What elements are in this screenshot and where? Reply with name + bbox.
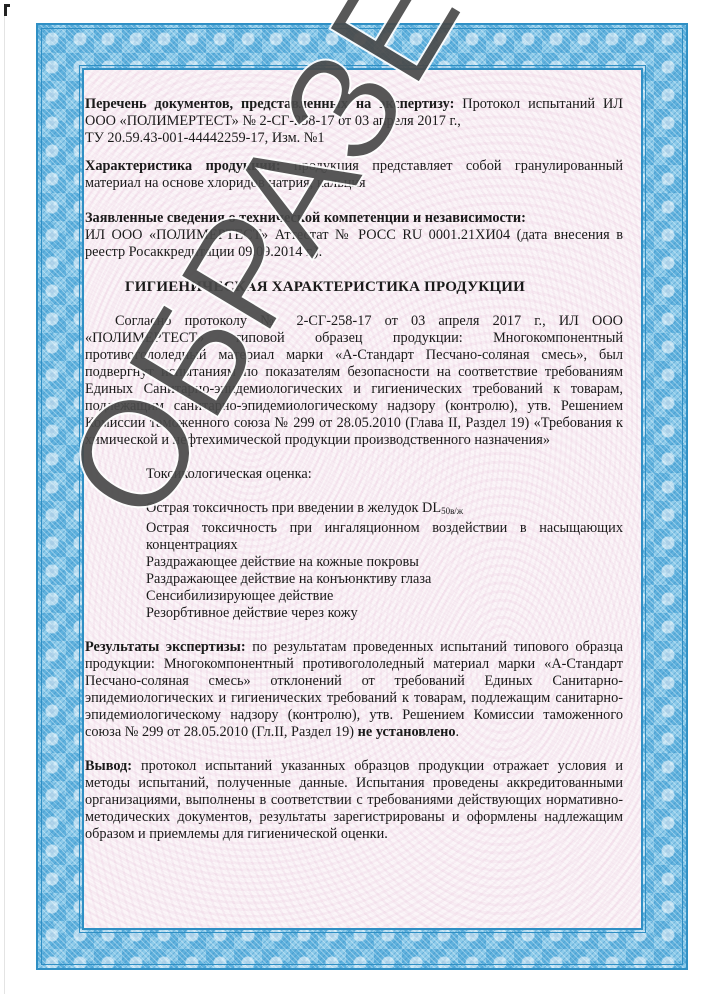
- toxicology-block: Токсикологическая оценка: Острая токсичн…: [146, 466, 623, 622]
- conclusion-label: Вывод:: [85, 758, 132, 774]
- scan-corner-mark: [4, 4, 10, 7]
- competence-text: ИЛ ООО «ПОЛИМЕРТЕСТ» Аттестат № РОСС RU …: [85, 227, 623, 260]
- product-characteristics-section: Характеристика продукции: продукция пред…: [85, 158, 623, 192]
- scan-edge: [4, 4, 5, 994]
- competence-label: Заявленные сведения о технической компет…: [85, 210, 526, 226]
- hygiene-paragraph: Согласно протоколу № 2-СГ-258-17 от 03 а…: [85, 313, 623, 449]
- toxicology-item: Резорбтивное действие через кожу: [146, 605, 623, 622]
- toxicology-item: Острая токсичность при введении в желудо…: [146, 500, 623, 520]
- document-body: Перечень документов, представленных на э…: [85, 96, 623, 843]
- toxicology-item: Острая токсичность при ингаляционном воз…: [146, 520, 623, 554]
- toxicology-item: Сенсибилизирующее действие: [146, 588, 623, 605]
- documents-list-section: Перечень документов, представленных на э…: [85, 96, 623, 147]
- competence-section: Заявленные сведения о технической компет…: [85, 210, 623, 261]
- documents-list-spec: ТУ 20.59.43-001-44442259-17, Изм. №1: [85, 130, 325, 146]
- toxicology-item: Раздражающее действие на кожные покровы: [146, 554, 623, 571]
- results-label: Результаты экспертизы:: [85, 639, 246, 655]
- results-verdict: не установлено: [358, 724, 456, 740]
- product-characteristics-label: Характеристика продукции:: [85, 158, 281, 174]
- conclusion-section: Вывод: протокол испытаний указанных обра…: [85, 758, 623, 843]
- section-title: ГИГИЕНИЧЕСКАЯ ХАРАКТЕРИСТИКА ПРОДУКЦИИ: [85, 279, 623, 296]
- results-section: Результаты экспертизы: по результатам пр…: [85, 639, 623, 741]
- toxicology-heading: Токсикологическая оценка:: [146, 466, 623, 483]
- conclusion-text: протокол испытаний указанных образцов пр…: [85, 758, 623, 842]
- toxicology-item: Раздражающее действие на конъюнктиву гла…: [146, 571, 623, 588]
- documents-list-label: Перечень документов, представленных на э…: [85, 96, 454, 112]
